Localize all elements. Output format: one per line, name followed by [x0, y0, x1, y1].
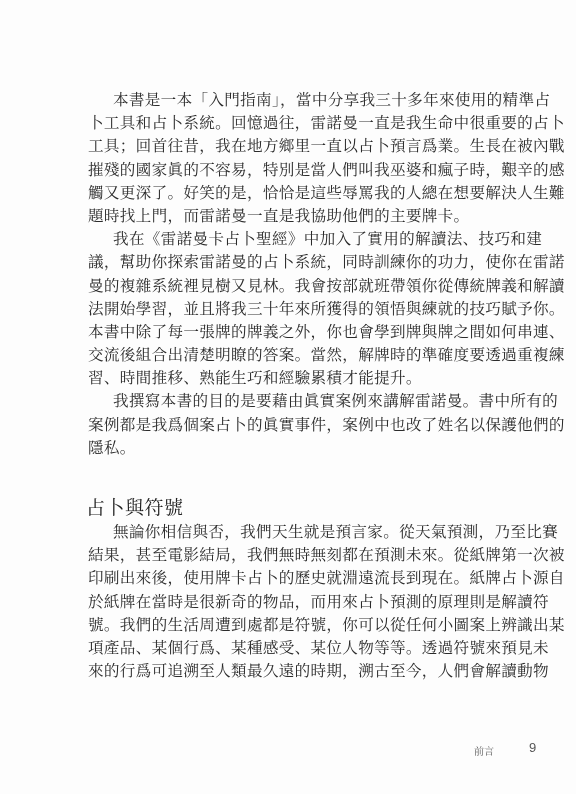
- text-line: 工具；回首往昔，我在地方鄉里一直以占卜預言爲業。生長在被內戰: [88, 135, 488, 158]
- text-line: 觸又更深了。好笑的是，恰恰是這些辱罵我的人總在想要解決人生難: [88, 182, 488, 205]
- text-line: 法開始學習，並且將我三十年來所獲得的領悟與練就的技巧賦予你。: [88, 298, 488, 321]
- intro-body-text: 本書是一本「入門指南」，當中分享我三十多年來使用的精準占 卜工具和占卜系統。回憶…: [88, 89, 488, 460]
- text-line: 卜工具和占卜系統。回憶過往，雷諾曼一直是我生命中很重要的占卜: [88, 112, 488, 135]
- footer-section-label: 前言: [474, 743, 494, 758]
- text-line: 習、時間推移、熟能生巧和經驗累積才能提升。: [88, 367, 488, 390]
- paragraph: 我在《雷諾曼卡占卜聖經》中加入了實用的解讀法、技巧和建 議，幫助你探索雷諾曼的占…: [88, 228, 488, 390]
- text-line: 項產品、某個行爲、某種感受、某位人物等等。透過符號來預見未: [88, 637, 488, 660]
- text-line: 曼的複雜系統裡見樹又見林。我會按部就班帶領你從傳統牌義和解讀: [88, 275, 488, 298]
- paragraph: 我撰寫本書的目的是要藉由眞實案例來講解雷諾曼。書中所有的 案例都是我爲個案占卜的…: [88, 390, 488, 460]
- paragraph: 無論你相信與否，我們天生就是預言家。從天氣預測，乃至比賽 結果，甚至電影結局，我…: [88, 521, 488, 683]
- text-line: 議，幫助你探索雷諾曼的占卜系統，同時訓練你的功力，使你在雷諾: [88, 251, 488, 274]
- page-number: 9: [529, 740, 536, 755]
- text-line: 結果，甚至電影結局，我們無時無刻都在預測未來。從紙牌第一次被: [88, 544, 488, 567]
- text-line: 印刷出來後，使用牌卡占卜的歷史就淵遠流長到現在。紙牌占卜源自: [88, 567, 488, 590]
- text-line: 案例都是我爲個案占卜的眞實事件，案例中也改了姓名以保護他們的: [88, 414, 488, 437]
- text-line: 隱私。: [88, 437, 488, 460]
- book-page: 本書是一本「入門指南」，當中分享我三十多年來使用的精準占 卜工具和占卜系統。回憶…: [0, 0, 576, 794]
- paragraph: 本書是一本「入門指南」，當中分享我三十多年來使用的精準占 卜工具和占卜系統。回憶…: [88, 89, 488, 228]
- text-line: 號。我們的生活周遭到處都是符號，你可以從任何小圖案上辨識出某: [88, 614, 488, 637]
- text-line: 來的行爲可追溯至人類最久遠的時期，溯古至今，人們會解讀動物: [88, 660, 488, 683]
- text-line: 我在《雷諾曼卡占卜聖經》中加入了實用的解讀法、技巧和建: [88, 228, 488, 251]
- text-line: 本書中除了每一張牌的牌義之外，你也會學到牌與牌之間如何串連、: [88, 321, 488, 344]
- section-heading: 占卜與符號: [86, 495, 184, 521]
- text-line: 摧殘的國家眞的不容易，特別是當人們叫我巫婆和瘋子時，艱辛的感: [88, 159, 488, 182]
- section-body-text: 無論你相信與否，我們天生就是預言家。從天氣預測，乃至比賽 結果，甚至電影結局，我…: [88, 521, 488, 683]
- text-line: 於紙牌在當時是很新奇的物品，而用來占卜預測的原理則是解讀符: [88, 591, 488, 614]
- text-line: 題時找上門，而雷諾曼一直是我協助他們的主要牌卡。: [88, 205, 488, 228]
- text-line: 交流後組合出清楚明瞭的答案。當然，解牌時的準確度要透過重複練: [88, 344, 488, 367]
- text-line: 本書是一本「入門指南」，當中分享我三十多年來使用的精準占: [88, 89, 488, 112]
- text-line: 無論你相信與否，我們天生就是預言家。從天氣預測，乃至比賽: [88, 521, 488, 544]
- text-line: 我撰寫本書的目的是要藉由眞實案例來講解雷諾曼。書中所有的: [88, 390, 488, 413]
